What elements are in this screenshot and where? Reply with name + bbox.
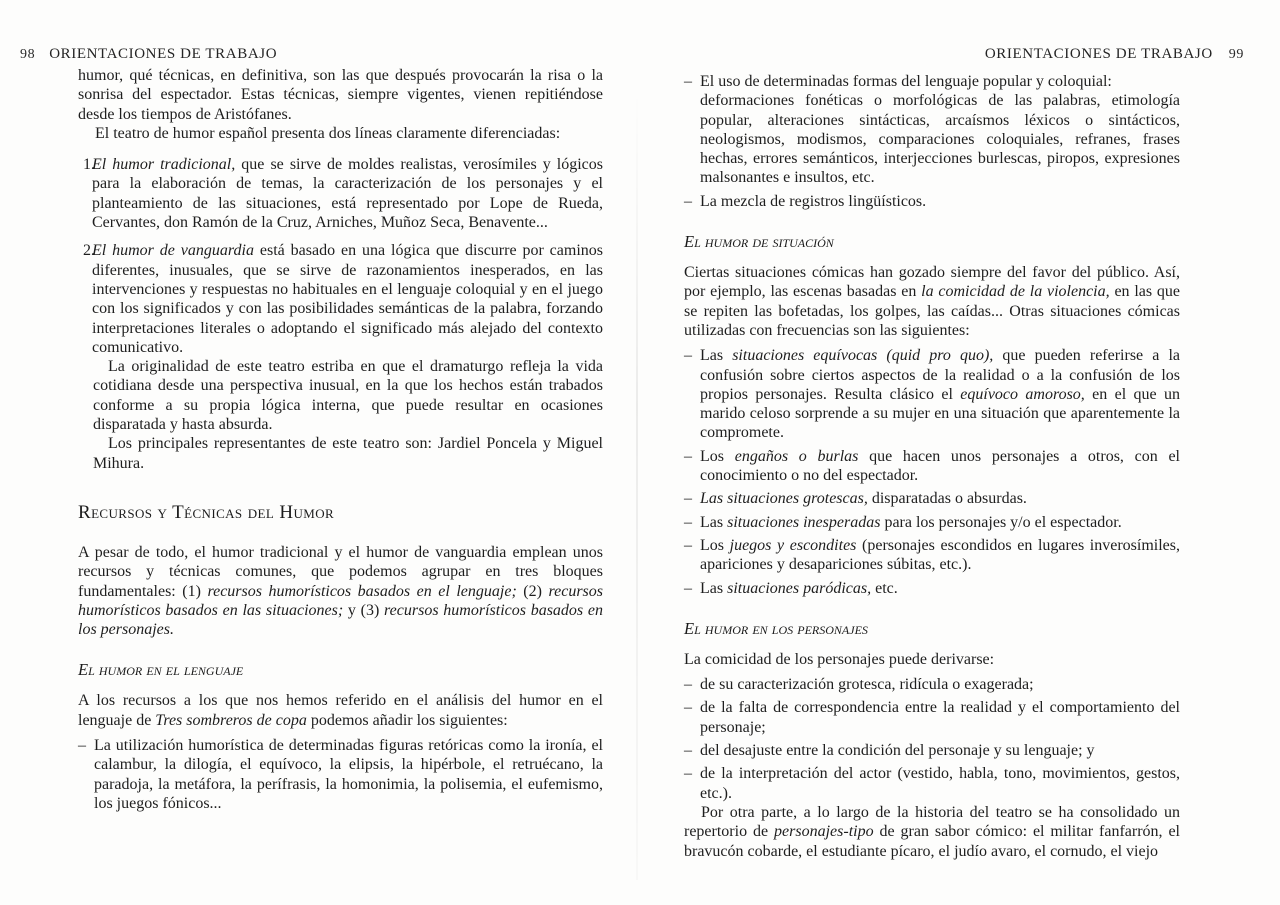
text-run: La utilización humorística de determinad…: [94, 737, 603, 812]
list-marker: 2.: [83, 241, 95, 260]
list-marker: –: [684, 741, 692, 760]
text-run: podemos añadir los siguientes:: [307, 712, 508, 729]
list-item-continuation: deformaciones fonéticas o morfológicas d…: [700, 91, 1180, 187]
text-run: Los: [700, 537, 730, 554]
page-number-right: 99: [1229, 47, 1244, 62]
dash-list-item: –Los juegos y escondites (personajes esc…: [700, 536, 1180, 575]
running-header-right: ORIENTACIONES DE TRABAJO99: [985, 46, 1244, 63]
text-run: de la interpretación del actor (vestido,…: [700, 765, 1180, 801]
list-marker: –: [684, 764, 692, 783]
text-run: etc.: [871, 580, 898, 597]
italic-text-run: personajes-tipo: [774, 823, 874, 840]
text-run: La comicidad de los personajes puede der…: [684, 651, 994, 668]
italic-text-run: equívoco amoroso,: [960, 386, 1085, 403]
text-run: de la falta de correspondencia entre la …: [700, 699, 1180, 735]
italic-text-run: recursos humorísticos basados en el leng…: [207, 583, 516, 600]
italic-text-run: situaciones equívocas (quid pro quo),: [732, 347, 993, 364]
list-marker: –: [684, 513, 692, 532]
page-left-text-block: humor, qué técnicas, en definitiva, son …: [78, 66, 603, 813]
subsection-heading: El humor de situación: [684, 232, 1180, 252]
text-run: disparatadas o absurdas.: [868, 490, 1027, 507]
paragraph: Ciertas situaciones cómicas han gozado s…: [684, 263, 1180, 340]
text-run: El humor en los personajes: [684, 619, 868, 638]
list-marker: 1.: [83, 155, 95, 174]
subsection-heading: El humor en los personajes: [684, 619, 1180, 639]
dash-list-item: –de la falta de correspondencia entre la…: [700, 698, 1180, 737]
list-marker: –: [684, 579, 692, 598]
italic-text-run: engaños o burlas: [735, 448, 859, 465]
text-run: para los personajes y/o el espectador.: [880, 514, 1121, 531]
running-header-left: 98ORIENTACIONES DE TRABAJO: [20, 46, 277, 63]
running-head-title-left: ORIENTACIONES DE TRABAJO: [49, 46, 277, 62]
page-left: 98ORIENTACIONES DE TRABAJO humor, qué té…: [0, 0, 636, 905]
list-marker: –: [684, 346, 692, 365]
paragraph: La comicidad de los personajes puede der…: [684, 650, 1180, 669]
running-head-title-right: ORIENTACIONES DE TRABAJO: [985, 46, 1213, 62]
text-run: Recursos y Técnicas del Humor: [78, 502, 334, 523]
text-run: Las: [700, 514, 727, 531]
dash-list-item: –de la interpretación del actor (vestido…: [700, 764, 1180, 803]
list-sub-paragraph: La originalidad de este teatro estriba e…: [93, 357, 603, 434]
text-run: humor, qué técnicas, en definitiva, son …: [78, 67, 603, 123]
page-right: ORIENTACIONES DE TRABAJO99 –El uso de de…: [644, 0, 1280, 905]
page-number-left: 98: [20, 47, 35, 62]
text-run: El humor en el lenguaje: [78, 660, 243, 679]
text-run: El teatro de humor español presenta dos …: [95, 125, 560, 142]
list-marker: –: [684, 489, 692, 508]
italic-text-run: El humor tradicional,: [92, 156, 235, 173]
dash-list-item: –Las situaciones grotescas, disparatadas…: [700, 489, 1180, 508]
dash-list-item: –La mezcla de registros lingüísticos.: [700, 192, 1180, 211]
page-gutter-shadow: [636, 90, 638, 880]
text-run: Las: [700, 347, 732, 364]
paragraph: A pesar de todo, el humor tradicional y …: [78, 543, 603, 639]
list-marker: –: [684, 675, 692, 694]
list-marker: –: [684, 536, 692, 555]
paragraph: El teatro de humor español presenta dos …: [78, 124, 603, 143]
subsection-heading: El humor en el lenguaje: [78, 660, 603, 680]
dash-list-item: –del desajuste entre la condición del pe…: [700, 741, 1180, 760]
text-run: de su caracterización grotesca, ridícula…: [700, 676, 1034, 693]
text-run: Las: [700, 580, 727, 597]
italic-text-run: la comicidad de la violencia,: [921, 283, 1109, 300]
italic-text-run: juegos y escondites: [730, 537, 857, 554]
dash-list-item: –Las situaciones inesperadas para los pe…: [700, 513, 1180, 532]
list-marker: –: [684, 192, 692, 211]
text-run: deformaciones fonéticas o morfológicas d…: [700, 92, 1180, 186]
list-marker: –: [684, 72, 692, 91]
text-run: Los: [700, 448, 735, 465]
text-run: (2): [517, 583, 549, 600]
dash-list-item: –Las situaciones equívocas (quid pro quo…: [700, 346, 1180, 442]
italic-text-run: situaciones inesperadas: [727, 514, 880, 531]
text-run: y (3): [343, 602, 384, 619]
italic-text-run: Las situaciones grotescas,: [700, 490, 868, 507]
italic-text-run: Tres sombreros de copa: [155, 712, 307, 729]
paragraph: humor, qué técnicas, en definitiva, son …: [78, 66, 603, 124]
list-marker: –: [684, 447, 692, 466]
list-marker: –: [684, 698, 692, 717]
list-sub-paragraph: Los principales representantes de este t…: [93, 434, 603, 473]
numbered-list-item: 2.El humor de vanguardia está basado en …: [92, 241, 603, 357]
list-marker: –: [78, 736, 86, 755]
italic-text-run: El humor de vanguardia: [92, 242, 254, 259]
section-heading: Recursos y Técnicas del Humor: [78, 502, 603, 524]
book-spread: 98ORIENTACIONES DE TRABAJO humor, qué té…: [0, 0, 1280, 905]
text-run: La mezcla de registros lingüísticos.: [700, 193, 926, 210]
text-run: El uso de determinadas formas del lengua…: [700, 73, 1112, 90]
text-run: La originalidad de este teatro estriba e…: [93, 358, 603, 433]
dash-list-item: –de su caracterización grotesca, ridícul…: [700, 675, 1180, 694]
paragraph: A los recursos a los que nos hemos refer…: [78, 691, 603, 730]
text-run: está basado en una lógica que discurre p…: [92, 242, 603, 355]
paragraph: Por otra parte, a lo largo de la histori…: [684, 803, 1180, 861]
dash-list-item: –Las situaciones paródicas, etc.: [700, 579, 1180, 598]
numbered-list-item: 1.El humor tradicional, que se sirve de …: [92, 155, 603, 232]
text-run: El humor de situación: [684, 232, 834, 251]
page-right-text-block: –El uso de determinadas formas del lengu…: [684, 68, 1180, 861]
text-run: Los principales representantes de este t…: [93, 435, 603, 471]
dash-list-item: –Los engaños o burlas que hacen unos per…: [700, 447, 1180, 486]
dash-list-item: –La utilización humorística de determina…: [94, 736, 603, 813]
dash-list-item: –El uso de determinadas formas del lengu…: [700, 72, 1180, 91]
italic-text-run: situaciones paródicas,: [727, 580, 871, 597]
text-run: del desajuste entre la condición del per…: [700, 742, 1095, 759]
